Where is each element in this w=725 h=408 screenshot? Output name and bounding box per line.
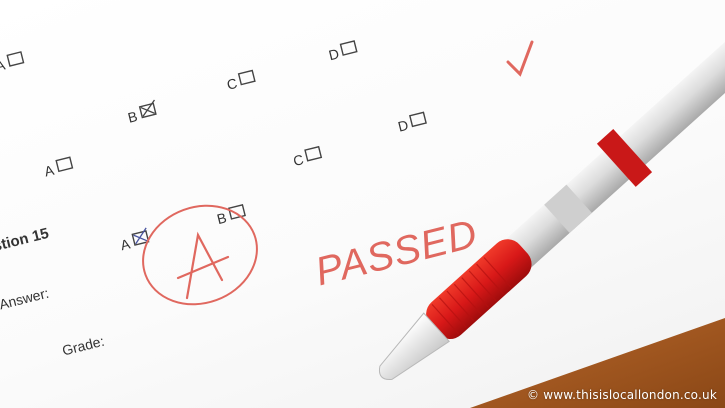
grade-letter-a [178, 235, 228, 298]
svg-text:C: C [291, 151, 305, 169]
checkmark-icon [508, 42, 532, 74]
svg-text:n 14: n 14 [0, 128, 1, 152]
svg-text:A: A [43, 162, 57, 180]
svg-text:D: D [396, 117, 410, 135]
svg-text:B: B [215, 209, 228, 227]
grade-circle [129, 190, 271, 320]
svg-text:D: D [327, 45, 341, 63]
svg-text:A: A [119, 235, 133, 253]
answer-label: Answer: [0, 285, 50, 313]
watermark: © www.thisislocallondon.co.uk [527, 388, 717, 402]
svg-text:C: C [225, 75, 239, 93]
svg-text:B: B [126, 108, 139, 126]
svg-text:A: A [0, 56, 7, 74]
svg-text:estion 15: estion 15 [0, 225, 51, 257]
grade-label: Grade: [60, 333, 105, 359]
exam-photo: A D n 14 B C r: A C D estion 15 A B Answ… [0, 0, 725, 408]
exam-sheet-illustration: A D n 14 B C r: A C D estion 15 A B Answ… [0, 0, 725, 408]
